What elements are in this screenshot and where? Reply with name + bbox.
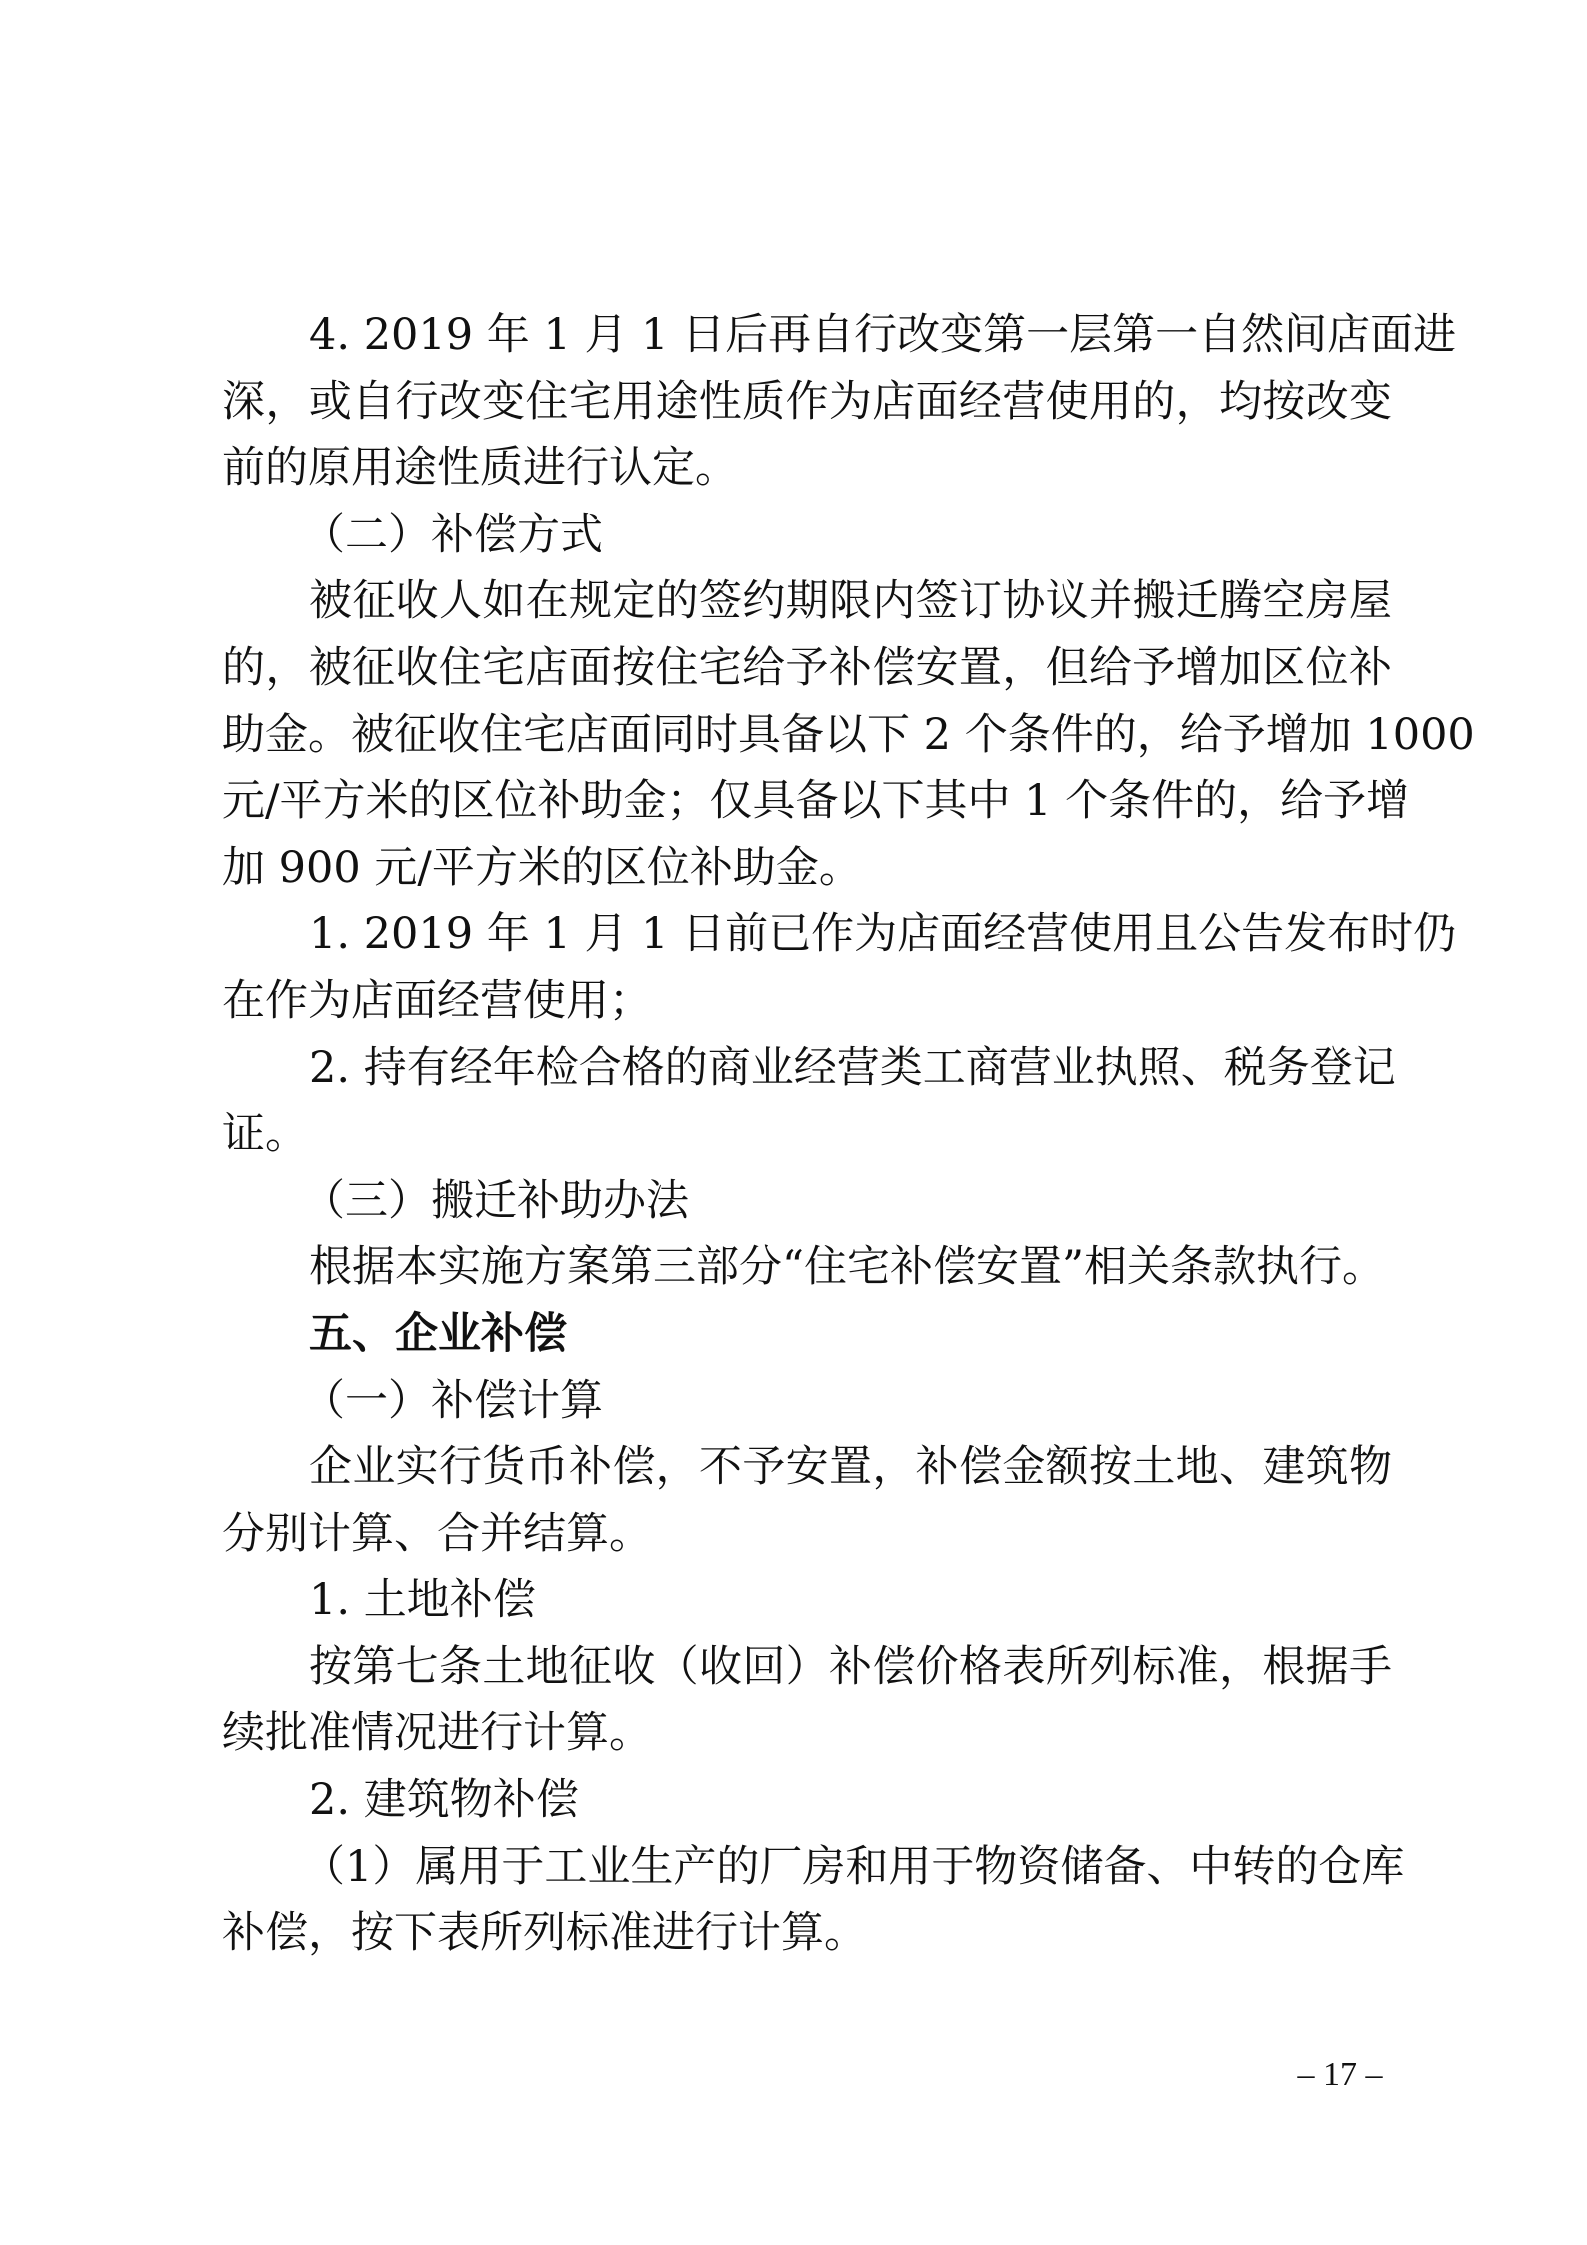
text-line: 加 900 元/平方米的区位补助金。 xyxy=(222,835,1392,902)
list-item: （1）属用于工业生产的厂房和用于物资储备、中转的仓库 xyxy=(222,1834,1392,1901)
text-line: 被征收人如在规定的签约期限内签订协议并搬迁腾空房屋 xyxy=(222,568,1392,635)
subsection-heading: 1. 土地补偿 xyxy=(222,1567,1392,1634)
text-line: 证。 xyxy=(222,1101,1392,1168)
section-heading: （一）补偿计算 xyxy=(222,1368,1392,1435)
text-line: 按第七条土地征收（收回）补偿价格表所列标准，根据手 xyxy=(222,1634,1392,1701)
subsection-heading: 2. 建筑物补偿 xyxy=(222,1767,1392,1834)
text-line: 根据本实施方案第三部分“住宅补偿安置”相关条款执行。 xyxy=(222,1234,1392,1301)
page-number: – 17 – xyxy=(1270,2052,1410,2098)
body-text: 4. 2019 年 1 月 1 日后再自行改变第一层第一自然间店面进 深，或自行… xyxy=(222,302,1392,1967)
text-line: 分别计算、合并结算。 xyxy=(222,1501,1392,1568)
list-item: 1. 2019 年 1 月 1 日前已作为店面经营使用且公告发布时仍 xyxy=(222,901,1392,968)
text-line: 企业实行货币补偿，不予安置，补偿金额按土地、建筑物 xyxy=(222,1434,1392,1501)
text-line: 的，被征收住宅店面按住宅给予补偿安置，但给予增加区位补 xyxy=(222,635,1392,702)
chapter-heading: 五、企业补偿 xyxy=(222,1301,1392,1368)
text-line: 深，或自行改变住宅用途性质作为店面经营使用的，均按改变 xyxy=(222,369,1392,436)
text-line: 前的原用途性质进行认定。 xyxy=(222,435,1392,502)
text-line: 在作为店面经营使用； xyxy=(222,968,1392,1035)
text-line: 续批准情况进行计算。 xyxy=(222,1700,1392,1767)
text-line: 4. 2019 年 1 月 1 日后再自行改变第一层第一自然间店面进 xyxy=(222,302,1392,369)
document-page: 4. 2019 年 1 月 1 日后再自行改变第一层第一自然间店面进 深，或自行… xyxy=(0,0,1587,2245)
section-heading: （二）补偿方式 xyxy=(222,502,1392,569)
list-item: 2. 持有经年检合格的商业经营类工商营业执照、税务登记 xyxy=(222,1035,1392,1102)
section-heading: （三）搬迁补助办法 xyxy=(222,1168,1392,1235)
text-line: 元/平方米的区位补助金；仅具备以下其中 1 个条件的，给予增 xyxy=(222,768,1392,835)
text-line: 补偿，按下表所列标准进行计算。 xyxy=(222,1900,1392,1967)
text-line: 助金。被征收住宅店面同时具备以下 2 个条件的，给予增加 1000 xyxy=(222,702,1392,769)
